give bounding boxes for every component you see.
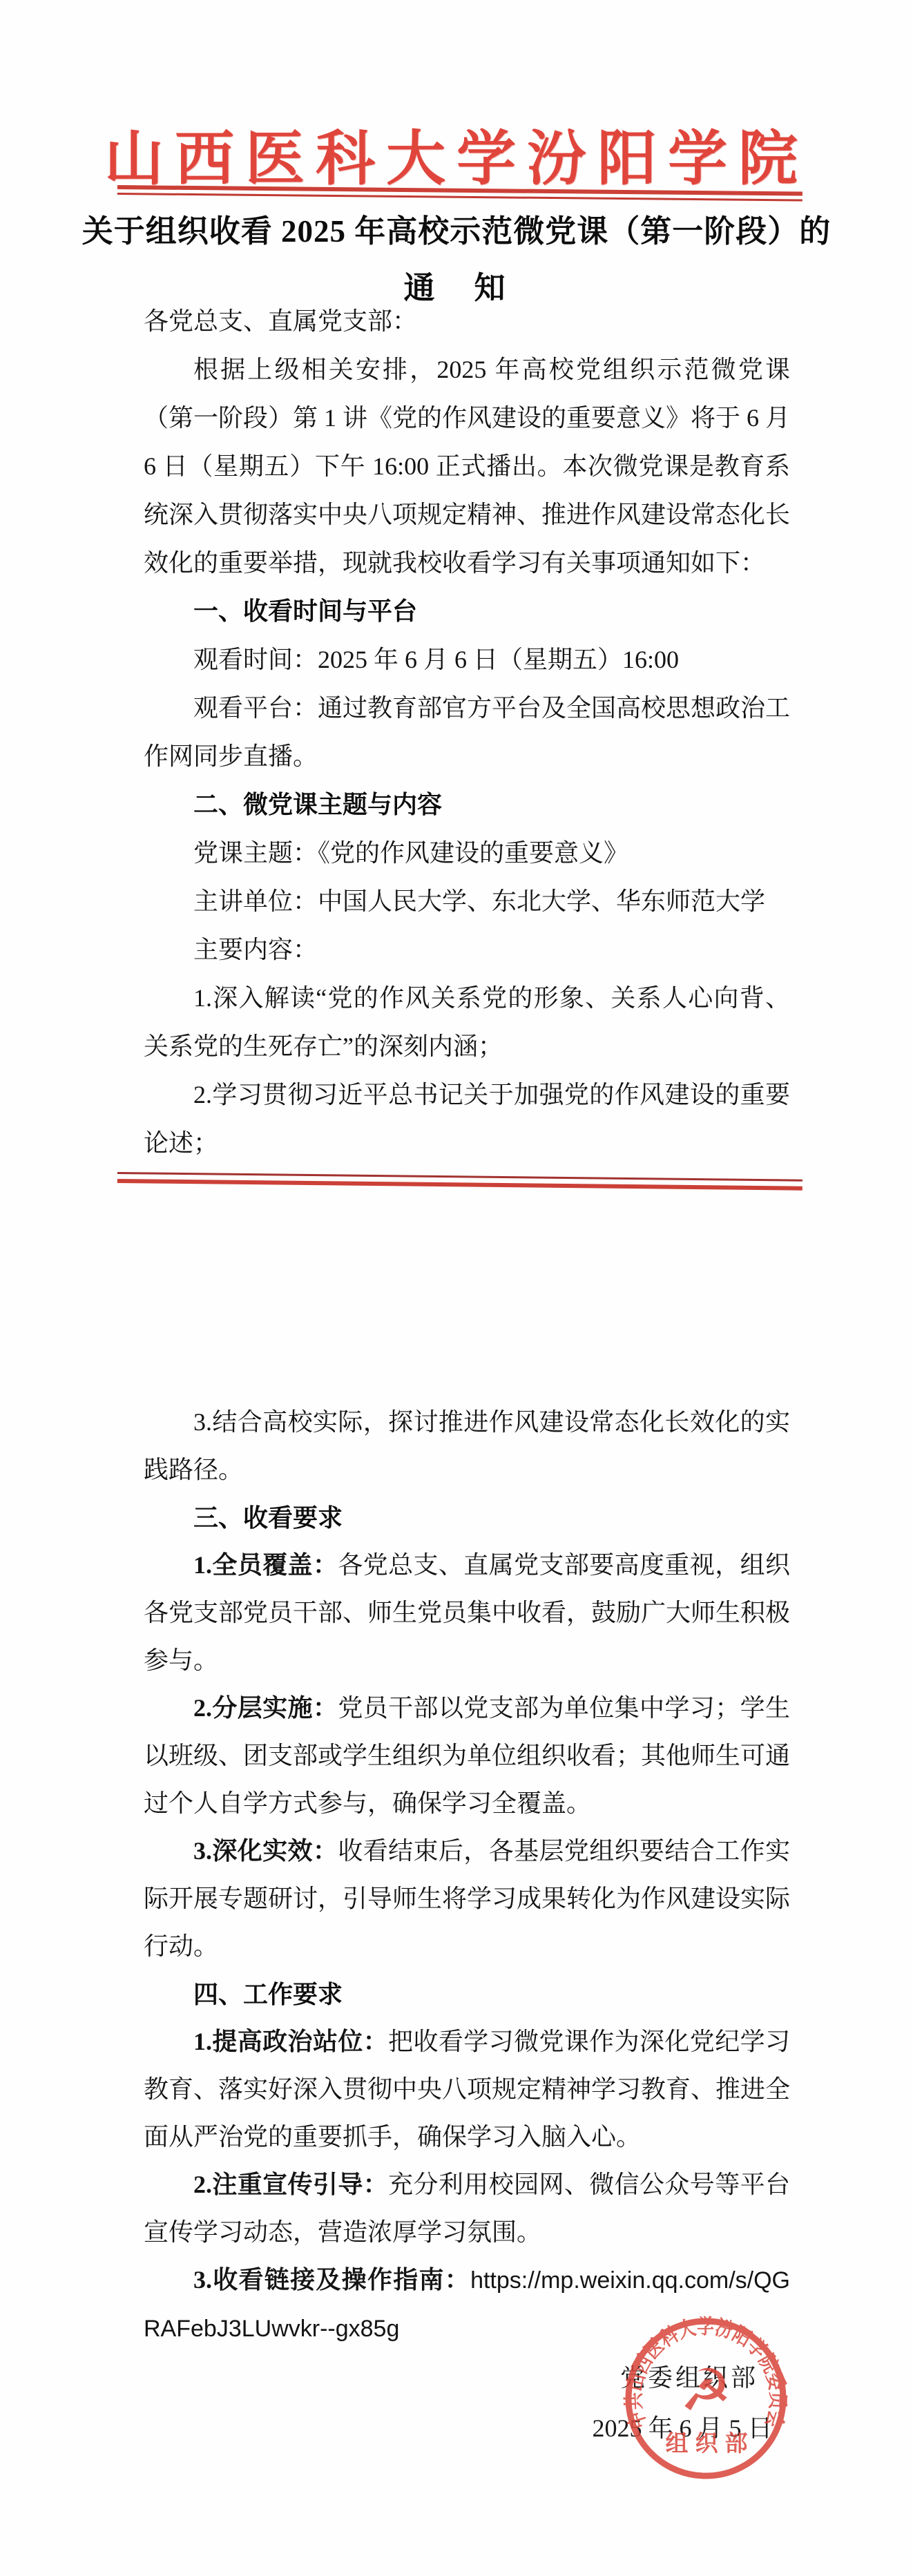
work-item-2-label: 2.注重宣传引导： [193,2171,388,2198]
doc-title-line1: 关于组织收看 2025 年高校示范微党课（第一阶段）的 [0,206,913,251]
watch-platform-line: 观看平台：通过教育部官方平台及全国高校思想政治工作网同步直播。 [144,684,790,780]
signature-date: 2025 年 6 月 5 日 [588,2409,776,2444]
lecture-topic-line: 党课主题：《党的作风建设的重要意义》 [144,829,790,877]
scanned-notice-page: 山西医科大学汾阳学院 关于组织收看 2025 年高校示范微党课（第一阶段）的 通… [0,0,913,2576]
section1-heading: 一、收看时间与平台 [144,587,790,635]
page2-body: 3.结合高校实际，探讨推进作风建设常态化长效化的实践路径。 三、收看要求 1.全… [144,1398,790,2353]
requirement-item-2-label: 2.分层实施： [193,1694,338,1722]
salutation: 各党总支、直属党支部： [144,297,790,345]
requirement-item-3: 3.深化实效：收看结束后，各基层党组织要结合工作实际开展专题研讨，引导师生将学习… [144,1827,790,1970]
work-item-1-label: 1.提高政治站位： [193,2028,388,2055]
requirement-item-3-label: 3.深化实效： [193,1837,338,1865]
content-item-1: 1.深入解读“党的作风关系党的形象、关系人心向背、关系党的生死存亡”的深刻内涵； [144,974,790,1070]
watch-time-line: 观看时间：2025 年 6 月 6 日（星期五）16:00 [144,635,790,684]
letterhead-org-name: 山西医科大学汾阳学院 [0,110,913,196]
requirement-item-1-label: 1.全员覆盖： [193,1551,338,1579]
page1-body: 各党总支、直属党支部： 根据上级相关安排，2025 年高校党组织示范微党课（第一… [144,297,790,1167]
lecture-speaker-line: 主讲单位：中国人民大学、东北大学、华东师范大学 [144,877,790,925]
work-item-3: 3.收看链接及操作指南：https://mp.weixin.qq.com/s/Q… [144,2256,790,2353]
work-item-1: 1.提高政治站位：把收看学习微党课作为深化党纪学习教育、落实好深入贯彻中央八项规… [144,2018,790,2161]
page-break-divider [117,1172,803,1191]
signature-department: 党委组织部 [620,2358,758,2394]
requirement-item-2: 2.分层实施：党员干部以党支部为单位集中学习；学生以班级、团支部或学生组织为单位… [144,1684,790,1827]
main-content-label: 主要内容： [144,925,790,974]
content-item-2: 2.学习贯彻习近平总书记关于加强党的作风建设的重要论述； [144,1070,790,1167]
section2-heading: 二、微党课主题与内容 [144,780,790,829]
work-item-2: 2.注重宣传引导：充分利用校园网、微信公众号等平台宣传学习动态，营造浓厚学习氛围… [144,2161,790,2256]
section4-heading: 四、工作要求 [144,1970,790,2018]
content-item-3: 3.结合高校实际，探讨推进作风建设常态化长效化的实践路径。 [144,1398,790,1494]
section3-heading: 三、收看要求 [144,1494,790,1541]
work-item-3-label: 3.收看链接及操作指南： [193,2266,470,2294]
requirement-item-1: 1.全员覆盖：各党总支、直属党支部要高度重视，组织各党支部党员干部、师生党员集中… [144,1541,790,1684]
intro-paragraph: 根据上级相关安排，2025 年高校党组织示范微党课（第一阶段）第 1 讲《党的作… [144,345,790,587]
